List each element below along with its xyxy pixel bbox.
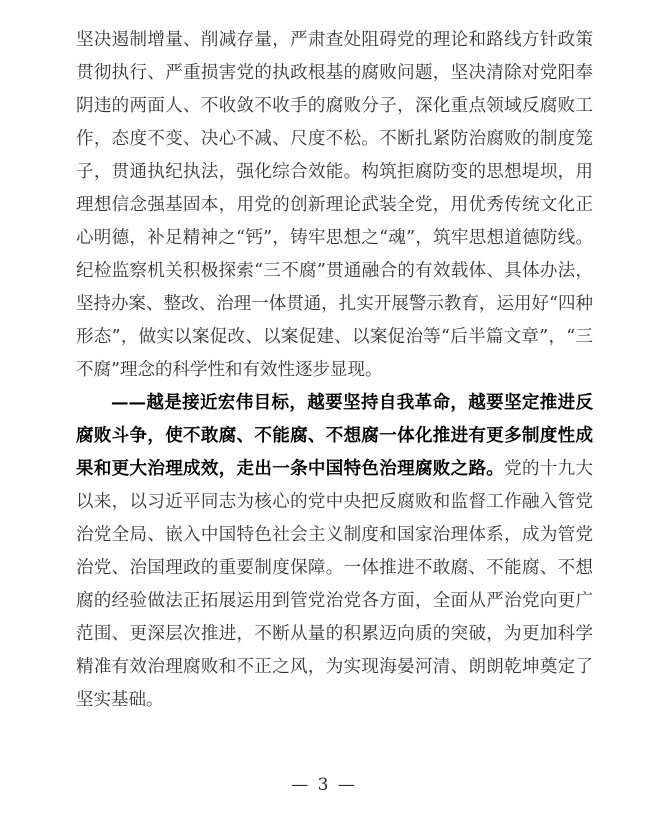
page-number: — 3 — — [0, 773, 648, 797]
paragraph-dash-lead: ——越是接近宏伟目标，越要坚持自我革命，越要坚定推进反腐败斗争，使不敢腐、不能腐… — [76, 387, 593, 717]
document-body: 坚决遏制增量、削减存量，严肃查处阻碍党的理论和路线方针政策贯彻执行、严重损害党的… — [76, 24, 593, 717]
paragraph-regular-run-text: 党的十九大以来，以习近平同志为核心的党中央把反腐败和监督工作融入管党治党全局、嵌… — [76, 459, 593, 710]
document-page: 坚决遏制增量、削减存量，严肃查处阻碍党的理论和路线方针政策贯彻执行、严重损害党的… — [0, 0, 648, 832]
paragraph-continuation: 坚决遏制增量、削减存量，严肃查处阻碍党的理论和路线方针政策贯彻执行、严重损害党的… — [76, 24, 593, 387]
